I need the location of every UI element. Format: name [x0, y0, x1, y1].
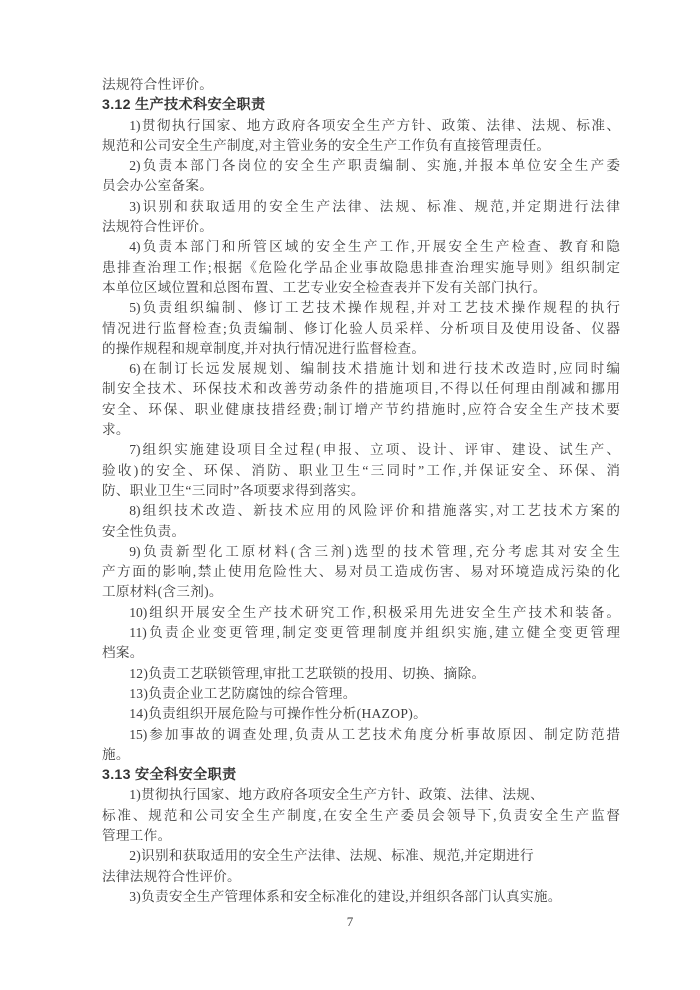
item-line: 患排查治理工作;根据《危险化学品企业事故隐患排查治理实施导则》组织制定	[102, 258, 620, 278]
item-line: 法规符合性评价。	[102, 217, 620, 237]
page-number: 7	[0, 912, 700, 932]
item-line: 10)组织开展安全生产技术研究工作,积极采用先进安全生产技术和装备。	[102, 603, 620, 623]
section-heading-3-13: 3.13 安全科安全职责	[102, 765, 620, 785]
item-line: 管理工作。	[102, 826, 620, 846]
item-line: 3)识别和获取适用的安全生产法律、法规、标准、规范,并定期进行法律	[102, 197, 620, 217]
item-line: 本单位区域位置和总图布置、工艺专业安全检查表并下发有关部门执行。	[102, 278, 620, 298]
item-line: 3)负责安全生产管理体系和安全标准化的建设,并组织各部门认真实施。	[102, 887, 620, 907]
item-line: 制安全技术、环保技术和改善劳动条件的措施项目,不得以任何理由削减和挪用	[102, 379, 620, 399]
carryover-line: 法规符合性评价。	[102, 75, 620, 95]
item-line: 验收)的安全、环保、消防、职业卫生“三同时”工作,并保证安全、环保、消	[102, 461, 620, 481]
item-line: 2)识别和获取适用的安全生产法律、法规、标准、规范,并定期进行	[102, 846, 620, 866]
document-page: 法规符合性评价。 3.12 生产技术科安全职责 1)贯彻执行国家、地方政府各项安…	[0, 0, 700, 990]
item-line: 规范和公司安全生产制度,对主管业务的安全生产工作负有直接管理责任。	[102, 136, 620, 156]
item-line: 1)贯彻执行国家、地方政府各项安全生产方针、政策、法律、法规、	[102, 785, 620, 805]
item-line: 的操作规程和规章制度,并对执行情况进行监督检查。	[102, 339, 620, 359]
item-line: 求。	[102, 420, 620, 440]
item-line: 法律法规符合性评价。	[102, 867, 620, 887]
item-line: 1)贯彻执行国家、地方政府各项安全生产方针、政策、法律、法规、标准、	[102, 116, 620, 136]
item-line: 15)参加事故的调查处理,负责从工艺技术角度分析事故原因、制定防范措	[102, 725, 620, 745]
item-line: 13)负责企业工艺防腐蚀的综合管理。	[102, 684, 620, 704]
item-line: 4)负责本部门和所管区域的安全生产工作,开展安全生产检查、教育和隐	[102, 237, 620, 257]
document-content: 法规符合性评价。 3.12 生产技术科安全职责 1)贯彻执行国家、地方政府各项安…	[102, 75, 620, 907]
item-line: 施。	[102, 745, 620, 765]
item-line: 14)负责组织开展危险与可操作性分析(HAZOP)。	[102, 704, 620, 724]
item-line: 12)负责工艺联锁管理,审批工艺联锁的投用、切换、摘除。	[102, 664, 620, 684]
section-heading-3-12: 3.12 生产技术科安全职责	[102, 95, 620, 115]
item-line: 防、职业卫生“三同时”各项要求得到落实。	[102, 481, 620, 501]
item-line: 2)负责本部门各岗位的安全生产职责编制、实施,并报本单位安全生产委	[102, 156, 620, 176]
item-line: 6)在制订长远发展规划、编制技术措施计划和进行技术改造时,应同时编	[102, 359, 620, 379]
item-line: 9)负责新型化工原材料(含三剂)选型的技术管理,充分考虑其对安全生	[102, 542, 620, 562]
item-line: 产方面的影响,禁止使用危险性大、易对员工造成伤害、易对环境造成污染的化	[102, 562, 620, 582]
item-line: 8)组织技术改造、新技术应用的风险评价和措施落实,对工艺技术方案的	[102, 501, 620, 521]
item-line: 5)负责组织编制、修订工艺技术操作规程,并对工艺技术操作规程的执行	[102, 298, 620, 318]
item-line: 标准、规范和公司安全生产制度,在安全生产委员会领导下,负责安全生产监督	[102, 806, 620, 826]
item-line: 安全性负责。	[102, 522, 620, 542]
item-line: 11)负责企业变更管理,制定变更管理制度并组织实施,建立健全变更管理	[102, 623, 620, 643]
item-line: 工原材料(含三剂)。	[102, 582, 620, 602]
item-line: 档案。	[102, 643, 620, 663]
item-line: 情况进行监督检查;负责编制、修订化验人员采样、分析项目及使用设备、仪器	[102, 319, 620, 339]
item-line: 安全、环保、职业健康技措经费;制订增产节约措施时,应符合安全生产技术要	[102, 400, 620, 420]
item-line: 员会办公室备案。	[102, 176, 620, 196]
item-line: 7)组织实施建设项目全过程(申报、立项、设计、评审、建设、试生产、	[102, 440, 620, 460]
